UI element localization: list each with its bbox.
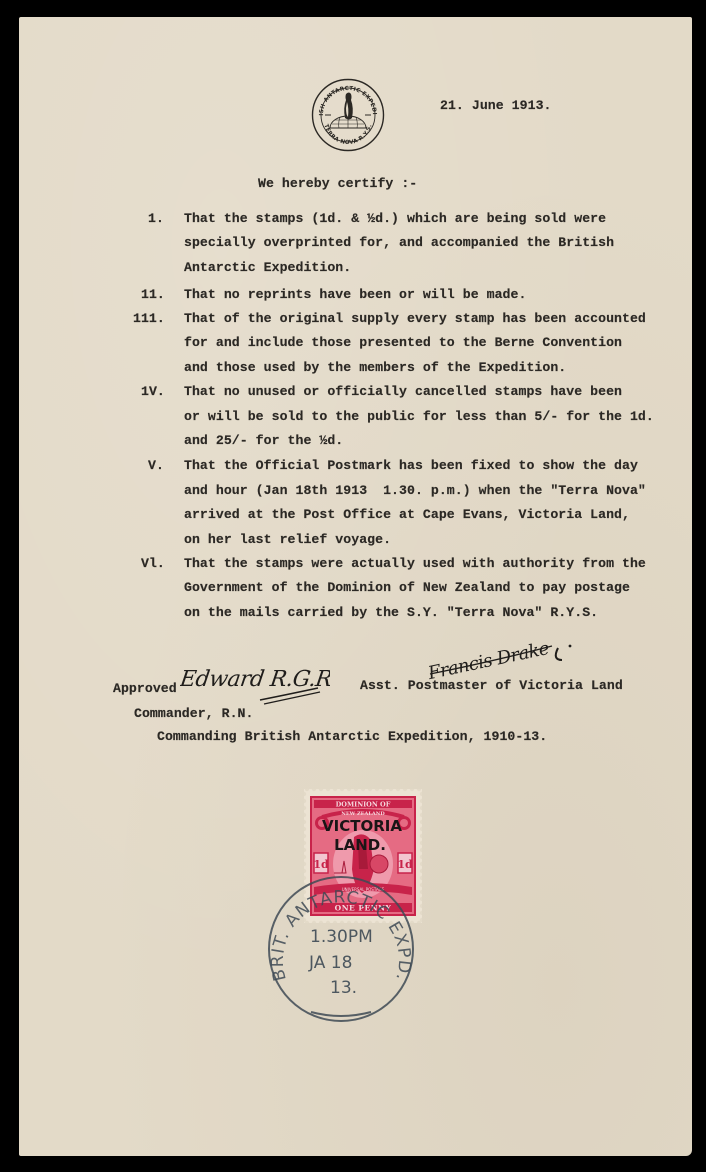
- item-numeral: 1.: [148, 212, 164, 225]
- item-line: specially overprinted for, and accompani…: [184, 236, 614, 249]
- item-line: and 25/- for the ½d.: [184, 434, 343, 447]
- item-line: and hour (Jan 18th 1913 1.30. p.m.) when…: [184, 484, 646, 497]
- drake-signature: Francis Drake: [420, 630, 580, 680]
- item-line: That the Official Postmark has been fixe…: [184, 459, 638, 472]
- item-line: on the mails carried by the S.Y. "Terra …: [184, 606, 598, 619]
- item-line: That of the original supply every stamp …: [184, 312, 646, 325]
- svg-text:Edward R.G.R. Evans.: Edward R.G.R. Evans.: [180, 666, 330, 692]
- item-line: Antarctic Expedition.: [184, 261, 351, 274]
- item-numeral: V.: [148, 459, 164, 472]
- svg-text:LAND.: LAND.: [334, 836, 386, 854]
- item-numeral: 1V.: [141, 385, 165, 398]
- item-line: or will be sold to the public for less t…: [184, 410, 654, 423]
- item-numeral: Vl.: [141, 557, 165, 570]
- item-numeral: 111.: [133, 312, 165, 325]
- postmark-time: 1.30PM: [310, 929, 373, 946]
- item-line: That the stamps (1d. & ½d.) which are be…: [184, 212, 606, 225]
- item-line: That no reprints have been or will be ma…: [184, 288, 526, 301]
- item-numeral: 11.: [141, 288, 165, 301]
- drake-title: Asst. Postmaster of Victoria Land: [360, 679, 623, 692]
- item-line: That no unused or officially cancelled s…: [184, 385, 622, 398]
- postmark-year: 13.: [330, 980, 357, 997]
- item-line: on her last relief voyage.: [184, 533, 391, 546]
- svg-text:1d: 1d: [313, 858, 329, 871]
- svg-text:VICTORIA: VICTORIA: [322, 817, 402, 835]
- postmark-date: JA 18: [309, 955, 352, 972]
- approved-label: Approved: [113, 682, 177, 695]
- evans-title: Commanding British Antarctic Expedition,…: [157, 730, 547, 743]
- item-line: Government of the Dominion of New Zealan…: [184, 581, 630, 594]
- certification-intro: We hereby certify :-: [258, 177, 417, 190]
- item-line: and those used by the members of the Exp…: [184, 361, 566, 374]
- evans-signature: Edward R.G.R. Evans.: [180, 652, 330, 712]
- evans-rank: Commander, R.N.: [134, 707, 253, 720]
- svg-text:Francis Drake: Francis Drake: [425, 638, 551, 680]
- expedition-seal-logo: BRITISH ANTARCTIC EXPEDITION TERRA NOVA …: [311, 78, 385, 152]
- svg-text:DOMINION OF: DOMINION OF: [336, 801, 391, 809]
- item-line: for and include those presented to the B…: [184, 336, 622, 349]
- item-line: That the stamps were actually used with …: [184, 557, 646, 570]
- svg-text:BRITISH ANTARCTIC EXPEDITION: BRITISH ANTARCTIC EXPEDITION: [311, 78, 377, 116]
- postmark-cancellation: BRIT. ANTARCTIC EXPD.: [266, 874, 416, 1024]
- svg-text:1d: 1d: [397, 858, 413, 871]
- document-date: 21. June 1913.: [440, 99, 552, 112]
- item-line: arrived at the Post Office at Cape Evans…: [184, 508, 630, 521]
